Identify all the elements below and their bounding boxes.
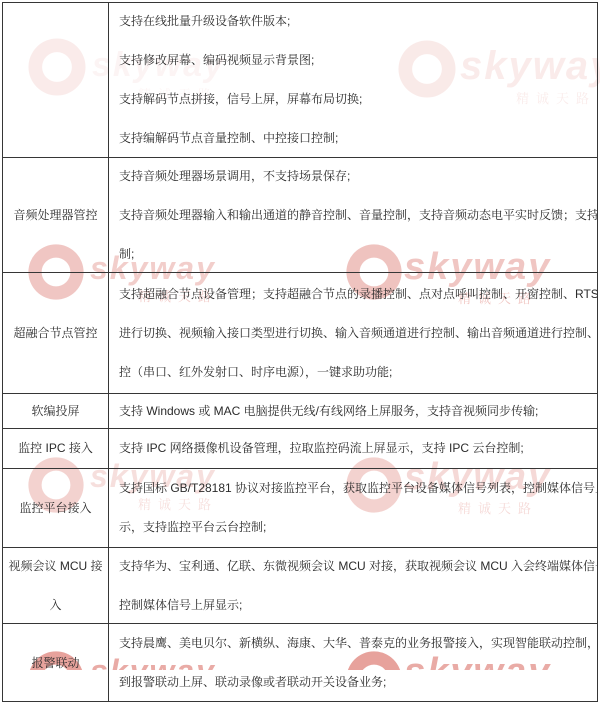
table-row: 监控 IPC 接入 支持 IPC 网络摄像机设备管理，拉取监控码流上屏显示，支持…: [3, 429, 597, 469]
text-line: 支持 IPC 网络摄像机设备管理，拉取监控码流上屏显示，支持 IPC 云台控制;: [119, 429, 593, 468]
row-label-cell: 软编投屏: [3, 394, 109, 428]
feature-table: 支持在线批量升级设备软件版本; 支持修改屏幕、编码视频显示背景图; 支持解码节点…: [2, 2, 598, 702]
text-line: 支持音频处理器场景调用，不支持场景保存;: [119, 158, 593, 196]
table-row: 视频会议 MCU 接 入 支持华为、宝利通、亿联、东微视频会议 MCU 对接，获…: [3, 548, 597, 624]
text-line: 支持晨鹰、美电贝尔、新横纵、海康、大华、普泰克的业务报警接入，实现智能联动控制，…: [119, 624, 593, 663]
row-label-cell: 报警联动: [3, 624, 109, 702]
row-text-cell: 支持音频处理器场景调用，不支持场景保存; 支持音频处理器输入和输出通道的静音控制…: [109, 158, 597, 272]
row-label: 软编投屏: [31, 394, 79, 428]
document-page: skyway 精诚天路 skyway 精诚天路 skyway 精诚天路 skyw…: [0, 0, 600, 704]
text-line: 进行切换、视频输入接口类型进行切换、输入音频通道进行控制、输出音频通道进行控制、…: [119, 314, 593, 353]
text-line: 支持修改屏幕、编码视频显示背景图;: [119, 41, 593, 80]
row-text-cell: 支持晨鹰、美电贝尔、新横纵、海康、大华、普泰克的业务报警接入，实现智能联动控制，…: [109, 624, 597, 702]
text-line: 示，支持监控平台云台控制;: [119, 508, 593, 547]
text-line: 控（串口、红外发射口、时序电源），一键求助功能;: [119, 353, 593, 392]
text-line: 到报警联动上屏、联动录像或者联动开关设备业务;: [119, 663, 593, 702]
row-label-line2: 入: [49, 586, 61, 624]
text-line: 制;: [119, 235, 593, 273]
table-row: 支持在线批量升级设备软件版本; 支持修改屏幕、编码视频显示背景图; 支持解码节点…: [3, 3, 597, 158]
text-line: 控制媒体信号上屏显示;: [119, 586, 593, 624]
row-label-cell: 超融合节点管控: [3, 273, 109, 393]
table-row: 音频处理器管控 支持音频处理器场景调用，不支持场景保存; 支持音频处理器输入和输…: [3, 158, 597, 273]
row-label: 超融合节点管控: [13, 314, 97, 353]
text-line: 支持 Windows 或 MAC 电脑提供无线/有线网络上屏服务，支持音视频同步…: [119, 394, 593, 428]
row-text-cell: 支持在线批量升级设备软件版本; 支持修改屏幕、编码视频显示背景图; 支持解码节点…: [109, 3, 597, 157]
text-line: 支持国标 GB/T28181 协议对接监控平台，获取监控平台设备媒体信号列表，控…: [119, 469, 593, 508]
row-label: 音频处理器管控: [13, 196, 97, 235]
row-label-cell: 音频处理器管控: [3, 158, 109, 272]
row-label: 监控平台接入: [19, 489, 91, 528]
row-text-cell: 支持国标 GB/T28181 协议对接监控平台，获取监控平台设备媒体信号列表，控…: [109, 469, 597, 547]
row-label: 报警联动: [31, 644, 79, 683]
table-row: 软编投屏 支持 Windows 或 MAC 电脑提供无线/有线网络上屏服务，支持…: [3, 394, 597, 429]
text-line: 支持音频处理器输入和输出通道的静音控制、音量控制，支持音频动态电平实时反馈；支持…: [119, 196, 593, 235]
text-line: 支持解码节点拼接，信号上屏，屏幕布局切换;: [119, 80, 593, 119]
row-label-cell: 视频会议 MCU 接 入: [3, 548, 109, 623]
table-row: 超融合节点管控 支持超融合节点设备管理；支持超融合节点的录播控制、点对点呼叫控制…: [3, 273, 597, 394]
table-row: 监控平台接入 支持国标 GB/T28181 协议对接监控平台，获取监控平台设备媒…: [3, 469, 597, 548]
text-line: 支持在线批量升级设备软件版本;: [119, 3, 593, 41]
row-label-cell: [3, 3, 109, 157]
row-text-cell: 支持超融合节点设备管理；支持超融合节点的录播控制、点对点呼叫控制、开窗控制、RT…: [109, 273, 597, 393]
text-line: 支持编解码节点音量控制、中控接口控制;: [119, 119, 593, 157]
row-label: 视频会议 MCU 接: [9, 548, 103, 586]
text-line: 支持超融合节点设备管理；支持超融合节点的录播控制、点对点呼叫控制、开窗控制、RT…: [119, 275, 593, 314]
row-label-cell: 监控平台接入: [3, 469, 109, 547]
row-text-cell: 支持 IPC 网络摄像机设备管理，拉取监控码流上屏显示，支持 IPC 云台控制;: [109, 429, 597, 468]
row-text-cell: 支持 Windows 或 MAC 电脑提供无线/有线网络上屏服务，支持音视频同步…: [109, 394, 597, 428]
row-label-cell: 监控 IPC 接入: [3, 429, 109, 468]
row-text-cell: 支持华为、宝利通、亿联、东微视频会议 MCU 对接，获取视频会议 MCU 入会终…: [109, 548, 597, 623]
table-row: 报警联动 支持晨鹰、美电贝尔、新横纵、海康、大华、普泰克的业务报警接入，实现智能…: [3, 624, 597, 702]
text-line: 支持华为、宝利通、亿联、东微视频会议 MCU 对接，获取视频会议 MCU 入会终…: [119, 548, 593, 586]
row-label: 监控 IPC 接入: [18, 429, 93, 468]
